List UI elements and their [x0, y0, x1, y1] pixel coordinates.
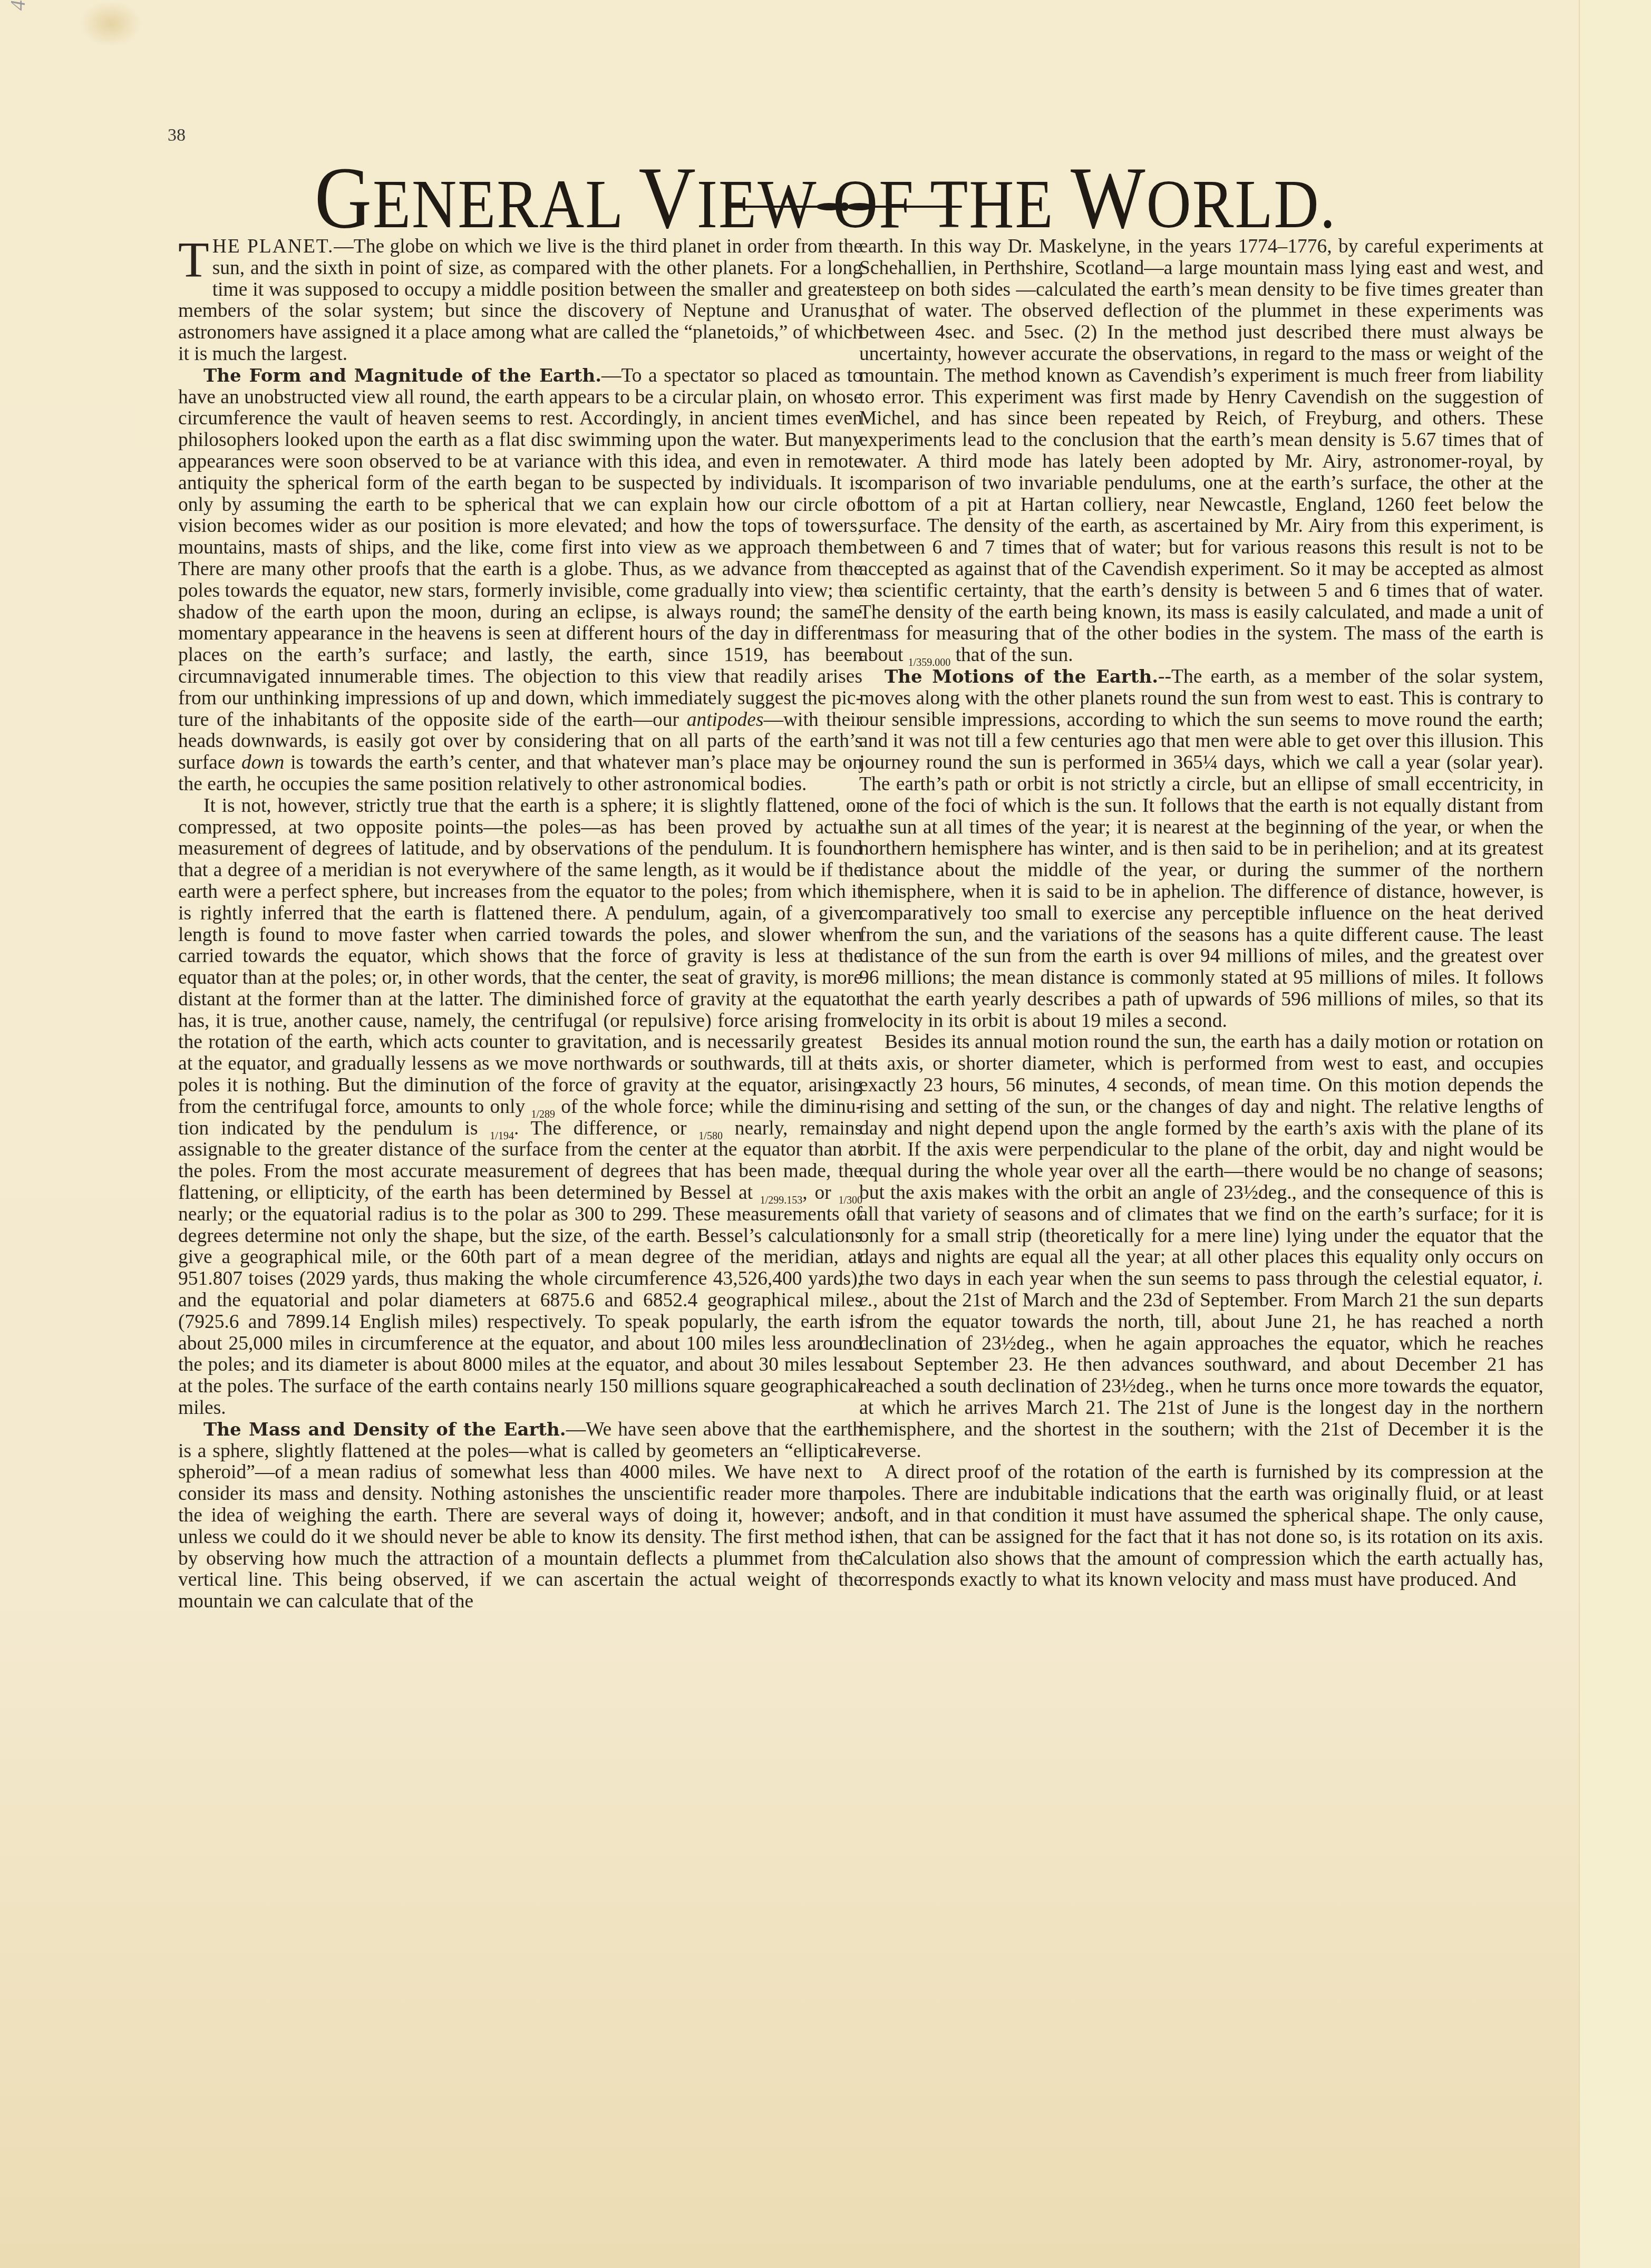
page-edge	[1579, 0, 1651, 2268]
paragraph-rotation: Besides its annual motion round the sun,…	[859, 1032, 1543, 1462]
title-rest-1: ENERAL	[373, 165, 639, 243]
paragraph-text: A direct proof of the rotation of the ea…	[859, 1461, 1543, 1591]
title-cap-w: W	[1071, 149, 1147, 247]
page-number: 38	[168, 125, 186, 146]
italic-term: antipodes	[687, 709, 764, 731]
drop-cap: T	[178, 239, 209, 280]
page-title: GENERAL VIEW OF THE WORLD.	[0, 147, 1651, 249]
paragraph-the-planet: THE PLANET.—The globe on which we live i…	[178, 236, 862, 365]
paragraph-form-magnitude: The Form and Magnitude of the Earth.—To …	[178, 365, 862, 796]
paragraph-text: —We have seen above that the earth is a …	[178, 1419, 862, 1612]
title-cap-v: V	[639, 149, 697, 247]
paragraph-text: Besides its annual motion round the sun,…	[859, 1031, 1543, 1290]
paragraph-motions: The Motions of the Earth.--The earth, as…	[859, 666, 1543, 1032]
paper-stain	[79, 0, 142, 47]
paragraph-direct-proof: A direct proof of the rotation of the ea…	[859, 1462, 1543, 1591]
paragraph-density-experiments: earth. In this way Dr. Maskelyne, in the…	[859, 236, 1543, 666]
title-rest-3: ORLD.	[1147, 165, 1337, 243]
section-heading: The Motions of the Earth.	[885, 666, 1158, 687]
paragraph-text: , or	[802, 1182, 838, 1204]
section-heading: The Mass and Density of the Earth.	[203, 1419, 566, 1440]
paragraph-text: earth. In this way Dr. Maskelyne, in the…	[859, 236, 1543, 666]
title-cap-g: G	[315, 149, 373, 247]
paragraph-text: —To a spectator so placed as to have an …	[178, 365, 862, 731]
paragraph-text: that of the sun.	[950, 644, 1073, 666]
paragraph-text: nearly; or the equatorial radius is to t…	[178, 1204, 862, 1419]
paragraph-mass-density: The Mass and Density of the Earth.—We ha…	[178, 1419, 862, 1613]
paragraph-text: It is not, however, strictly true that t…	[178, 795, 862, 1118]
margin-pencil-note: 49	[5, 0, 30, 11]
left-column: THE PLANET.—The globe on which we live i…	[178, 236, 862, 1613]
section-heading: The Form and Magnitude of the Earth.	[203, 365, 601, 386]
paragraph-text: . The difference, or	[514, 1118, 698, 1139]
title-ornament-rule	[727, 202, 962, 211]
italic-term: down	[241, 752, 284, 773]
right-column: earth. In this way Dr. Maskelyne, in the…	[859, 236, 1543, 1591]
paragraph-flattening: It is not, however, strictly true that t…	[178, 796, 862, 1419]
paragraph-text: , about the 21st of March and the 23d of…	[859, 1290, 1543, 1462]
paragraph-text: --The earth, as a member of the solar sy…	[859, 666, 1543, 1032]
lead-in: HE PLANET.	[212, 236, 334, 257]
